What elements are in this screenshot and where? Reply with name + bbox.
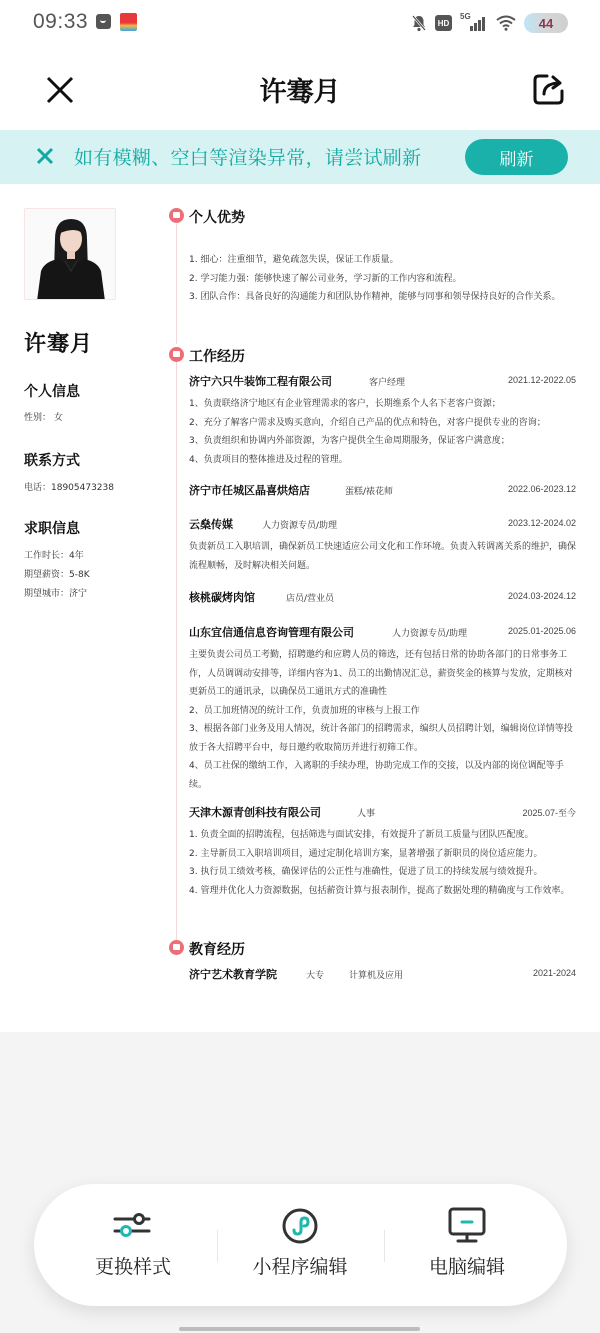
gender-line: 性别： 女	[24, 410, 63, 423]
wifi-icon	[496, 15, 516, 31]
job-date: 2025.07-至今	[522, 806, 576, 819]
banner-close-icon[interactable]	[34, 145, 56, 167]
strength-item: 1. 细心：注重细节，避免疏忽失误，保证工作质量。	[189, 251, 581, 270]
job-date: 2023.12-2024.02	[508, 518, 576, 528]
education-date: 2021-2024	[533, 968, 576, 978]
avatar-photo	[24, 208, 116, 300]
strength-item: 3. 团队合作：具备良好的沟通能力和团队协作精神，能够与同事和领导保持良好的合作…	[189, 288, 581, 307]
job-header: 济宁市任城区晶喜烘焙店 蛋糕/裱花师 2022.06-2023.12	[189, 482, 576, 498]
job-company: 云燊传媒	[189, 516, 233, 532]
work-title: 工作经历	[189, 346, 245, 366]
job-role: 人事	[357, 806, 375, 819]
job-date: 2022.06-2023.12	[508, 484, 576, 494]
network-type: 5G	[460, 12, 471, 21]
bottom-action-bar: 更换样式 小程序编辑 电脑编辑	[34, 1184, 567, 1306]
timeline-line	[176, 224, 177, 344]
job-header: 核桃碳烤肉馆 店员/营业员 2024.03-2024.12	[189, 589, 576, 605]
job-role: 蛋糕/裱花师	[345, 484, 393, 497]
phone-line: 电话：18905473238	[24, 480, 114, 493]
job-role: 人力资源专员/助理	[392, 626, 467, 639]
job-description: 1. 负责全面的招聘流程，包括筛选与面试安排，有效提升了新员工质量与团队匹配度。…	[189, 826, 581, 900]
job-desc-line: 2. 主导新员工入职培训项目，通过定制化培训方案，显著增强了新职员的岗位适应能力…	[189, 845, 581, 864]
job-desc-line: 主要负责公司员工考勤，招聘邀约和应聘人员的筛选，还有包括日常的协助各部门的日常事…	[189, 646, 581, 702]
share-icon[interactable]	[532, 72, 566, 106]
job-description: 主要负责公司员工考勤，招聘邀约和应聘人员的筛选，还有包括日常的协助各部门的日常事…	[189, 646, 581, 794]
job-company: 核桃碳烤肉馆	[189, 589, 255, 605]
job-desc-line: 2、充分了解客户需求及购买意向，介绍自己产品的优点和特色，对客户提供专业的咨询；	[189, 414, 581, 433]
refresh-banner: 如有模糊、空白等渲染异常，请尝试刷新 刷新	[0, 130, 600, 184]
page-title: 许骞月	[0, 70, 600, 109]
job-desc-line: 3. 执行员工绩效考核，确保评估的公正性与准确性，促进了员工的持续发展与绩效提升…	[189, 863, 581, 882]
divider	[217, 1230, 218, 1262]
nav-bar: 许骞月	[0, 50, 600, 130]
bell-muted-icon	[411, 14, 427, 32]
mini-program-icon	[280, 1206, 320, 1246]
job-desc-line: 4、负责项目的整体推进及过程的管理。	[189, 451, 581, 470]
degree: 大专	[306, 968, 324, 981]
job-header: 山东宜信通信息咨询管理有限公司 人力资源专员/助理 2025.01-2025.0…	[189, 624, 576, 640]
signal-icon: 5G	[460, 14, 488, 32]
sliders-icon	[113, 1206, 153, 1246]
job-desc-line: 1、负责联络济宁地区有企业管理需求的客户，长期维系个人名下老客户资源；	[189, 395, 581, 414]
job-desc-line: 负责新员工入职培训，确保新员工快速适应公司文化和工作环境。负责入转调离关系的维护…	[189, 538, 581, 575]
job-role: 店员/营业员	[286, 591, 334, 604]
job-desc-line: 4. 管理并优化人力资源数据，包括薪资计算与报表制作，提高了数据处理的精确度与工…	[189, 882, 581, 901]
divider	[384, 1230, 385, 1262]
mini-program-edit-label: 小程序编辑	[252, 1252, 347, 1279]
job-description: 负责新员工入职培训，确保新员工快速适应公司文化和工作环境。负责入转调离关系的维护…	[189, 538, 581, 575]
job-date: 2024.03-2024.12	[508, 591, 576, 601]
school-name: 济宁艺术教育学院	[189, 966, 277, 982]
mini-program-edit-button[interactable]: 小程序编辑	[220, 1184, 380, 1306]
job-desc-line: 1. 负责全面的招聘流程，包括筛选与面试安排，有效提升了新员工质量与团队匹配度。	[189, 826, 581, 845]
refresh-button[interactable]: 刷新	[465, 139, 568, 175]
job-header: 云燊传媒 人力资源专员/助理 2023.12-2024.02	[189, 516, 576, 532]
hd-badge: HD	[435, 15, 452, 31]
resume-name: 许骞月	[24, 327, 93, 358]
pc-edit-label: 电脑编辑	[429, 1252, 505, 1279]
change-style-label: 更换样式	[95, 1252, 171, 1279]
job-company: 山东宜信通信息咨询管理有限公司	[189, 624, 354, 640]
battery-indicator: 44	[524, 13, 568, 33]
graduation-cap-icon	[169, 940, 184, 955]
job-company: 济宁市任城区晶喜烘焙店	[189, 482, 310, 498]
job-company: 天津木源青创科技有限公司	[189, 804, 321, 820]
strengths-title: 个人优势	[189, 207, 245, 227]
change-style-button[interactable]: 更换样式	[53, 1184, 213, 1306]
job-date: 2025.01-2025.06	[508, 626, 576, 636]
job-desc-line: 3、负责组织和协调内外部资源，为客户提供全生命周期服务，保证客户满意度；	[189, 432, 581, 451]
status-time: 09:33	[33, 10, 88, 34]
banner-message: 如有模糊、空白等渲染异常，请尝试刷新	[74, 143, 421, 170]
job-date: 2021.12-2022.05	[508, 375, 576, 385]
personal-info-title: 个人信息	[24, 381, 80, 401]
city-line: 期望城市：济宁	[24, 586, 87, 599]
job-desc-line: 3、根据各部门业务及用人情况，统计各部门的招聘需求，编织人员招聘计划，编辑岗位详…	[189, 720, 581, 757]
education-header: 济宁艺术教育学院 大专 计算机及应用 2021-2024	[189, 966, 576, 982]
salary-line: 期望薪资：5-8K	[24, 567, 90, 580]
job-desc-line: 2、员工加班情况的统计工作，负责加班的审核与上报工作	[189, 702, 581, 721]
message-notification-icon	[96, 14, 111, 29]
job-header: 济宁六只牛装饰工程有限公司 客户经理 2021.12-2022.05	[189, 373, 576, 389]
timeline-line	[176, 362, 177, 942]
job-description: 1、负责联络济宁地区有企业管理需求的客户，长期维系个人名下老客户资源； 2、充分…	[189, 395, 581, 469]
home-indicator[interactable]	[179, 1327, 420, 1331]
job-role: 人力资源专员/助理	[262, 518, 337, 531]
briefcase-icon	[169, 347, 184, 362]
strengths-list: 1. 细心：注重细节，避免疏忽失误，保证工作质量。 2. 学习能力强：能够快速了…	[189, 251, 581, 307]
resume-preview: 许骞月 个人信息 性别： 女 联系方式 电话：18905473238 求职信息 …	[0, 184, 600, 1032]
job-company: 济宁六只牛装饰工程有限公司	[189, 373, 332, 389]
pc-edit-button[interactable]: 电脑编辑	[387, 1184, 547, 1306]
app-notification-icon	[120, 13, 137, 31]
job-role: 客户经理	[369, 375, 405, 388]
work-years-line: 工作时长：4年	[24, 548, 84, 561]
education-title: 教育经历	[189, 939, 245, 959]
job-header: 天津木源青创科技有限公司 人事 2025.07-至今	[189, 804, 576, 820]
contact-title: 联系方式	[24, 450, 80, 470]
job-desc-line: 4、员工社保的缴纳工作，入离职的手续办理，协助完成工作的交接，以及内部的岗位调配…	[189, 757, 581, 794]
job-intent-title: 求职信息	[24, 518, 80, 538]
major: 计算机及应用	[349, 968, 403, 981]
strength-item: 2. 学习能力强：能够快速了解公司业务，学习新的工作内容和流程。	[189, 270, 581, 289]
monitor-icon	[447, 1206, 487, 1246]
thumbs-up-icon	[169, 208, 184, 223]
status-bar: 09:33 HD 5G 44	[0, 0, 600, 50]
